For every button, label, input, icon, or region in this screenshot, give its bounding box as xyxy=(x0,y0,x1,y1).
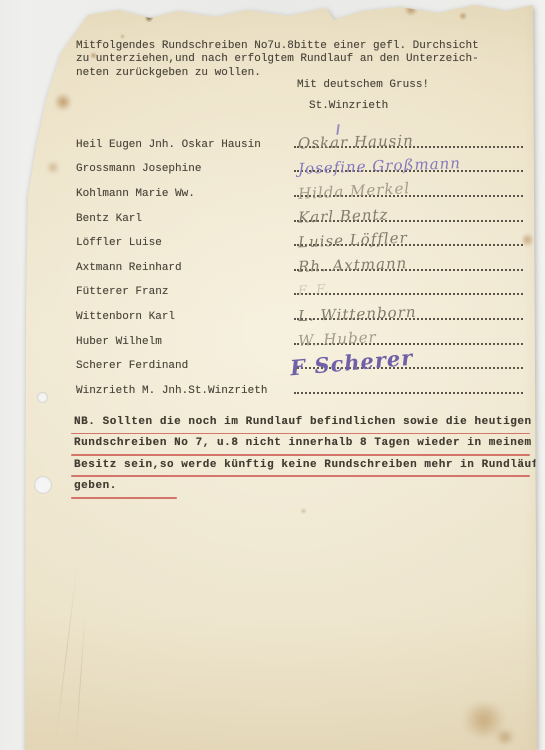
person-name: Fütterer Franz xyxy=(76,286,294,301)
person-name: Winzrieth M. Jnh.St.Winzrieth xyxy=(76,385,294,400)
signature-text: Luise Löffler xyxy=(298,229,408,252)
person-name: Grossmann Josephine xyxy=(76,163,294,178)
signature-text: L. Wittenborn xyxy=(298,303,417,325)
dotted-signature-line xyxy=(294,392,523,394)
nb-warning-paragraph: NB. Sollten die noch im Rundlauf befindl… xyxy=(74,416,532,502)
sender-name: St.Winzrieth xyxy=(309,100,388,112)
roster-row: Winzrieth M. Jnh.St.Winzrieth xyxy=(76,375,523,400)
greeting-line: Mit deutschem Gruss! xyxy=(297,79,429,91)
signature-text: W. Huber xyxy=(298,328,378,350)
punch-hole xyxy=(34,476,52,494)
person-name: Huber Wilhelm xyxy=(76,336,294,351)
stain xyxy=(145,14,153,22)
nb-line: Rundschreiben No 7, u.8 nicht innerhalb … xyxy=(74,437,532,458)
stain xyxy=(494,730,516,744)
signature-text: Hilda Merkel xyxy=(298,179,411,203)
person-name: Kohlmann Marie Ww. xyxy=(76,188,294,203)
punch-hole xyxy=(37,392,48,403)
person-name: Bentz Karl xyxy=(76,213,294,228)
person-name: Heil Eugen Jnh. Oskar Hausin xyxy=(76,139,294,154)
roster-row: Fütterer Franz F. F. xyxy=(76,277,523,302)
nb-line: NB. Sollten die noch im Rundlauf befindl… xyxy=(74,416,532,437)
person-name: Axtmann Reinhard xyxy=(76,262,294,277)
stain xyxy=(50,34,62,46)
stain xyxy=(47,160,59,175)
roster-row: Grossmann Josephine Josefine Großmann xyxy=(76,154,523,179)
scanned-document: Mitfolgendes Rundschreiben No7u.8bitte e… xyxy=(0,0,545,750)
stain xyxy=(458,704,510,736)
stain xyxy=(120,34,125,39)
roster-row: Heil Eugen Jnh. Oskar Hausin Oskar Hausi… xyxy=(76,129,523,154)
roster-row: Löffler Luise Luise Löffler xyxy=(76,228,523,253)
stain xyxy=(459,12,467,20)
roster-row: Axtmann Reinhard Rh. Axtmann xyxy=(76,252,523,277)
roster-row: Bentz Karl Karl Bentz xyxy=(76,203,523,228)
stain xyxy=(300,508,307,514)
stain xyxy=(55,92,71,112)
signature-text: Oskar Hausin xyxy=(298,131,414,152)
signature-text: F. F. xyxy=(298,282,330,299)
intro-line: Mitfolgendes Rundschreiben No7u.8bitte e… xyxy=(76,40,488,53)
intro-line: zu unterziehen,und nach erfolgtem Rundla… xyxy=(76,53,488,66)
stain xyxy=(404,4,418,15)
person-name: Löffler Luise xyxy=(76,237,294,252)
roster-row: Kohlmann Marie Ww. Hilda Merkel xyxy=(76,178,523,203)
roster-row: Huber Wilhelm W. Huber xyxy=(76,326,523,351)
signature-text: Josefine Großmann xyxy=(298,154,461,178)
paper-crease xyxy=(55,561,79,745)
signature-roster: Heil Eugen Jnh. Oskar Hausin Oskar Hausi… xyxy=(76,129,523,400)
person-name: Scherer Ferdinand xyxy=(76,360,294,375)
roster-row: Wittenborn Karl L. Wittenborn xyxy=(76,301,523,326)
paper-crease xyxy=(75,610,86,750)
person-name: Wittenborn Karl xyxy=(76,311,294,326)
nb-line: geben. xyxy=(74,480,532,501)
stain xyxy=(522,232,533,248)
paper-sheet: Mitfolgendes Rundschreiben No7u.8bitte e… xyxy=(0,0,545,750)
paper-shadow: Mitfolgendes Rundschreiben No7u.8bitte e… xyxy=(0,0,545,750)
nb-line: Besitz sein,so werde künftig keine Runds… xyxy=(74,459,532,480)
intro-paragraph: Mitfolgendes Rundschreiben No7u.8bitte e… xyxy=(76,40,488,80)
signature-text: Karl Bentz xyxy=(298,205,389,226)
roster-row: Scherer Ferdinand F Scherer xyxy=(76,351,523,376)
signature-text: Rh. Axtmann xyxy=(298,254,408,276)
